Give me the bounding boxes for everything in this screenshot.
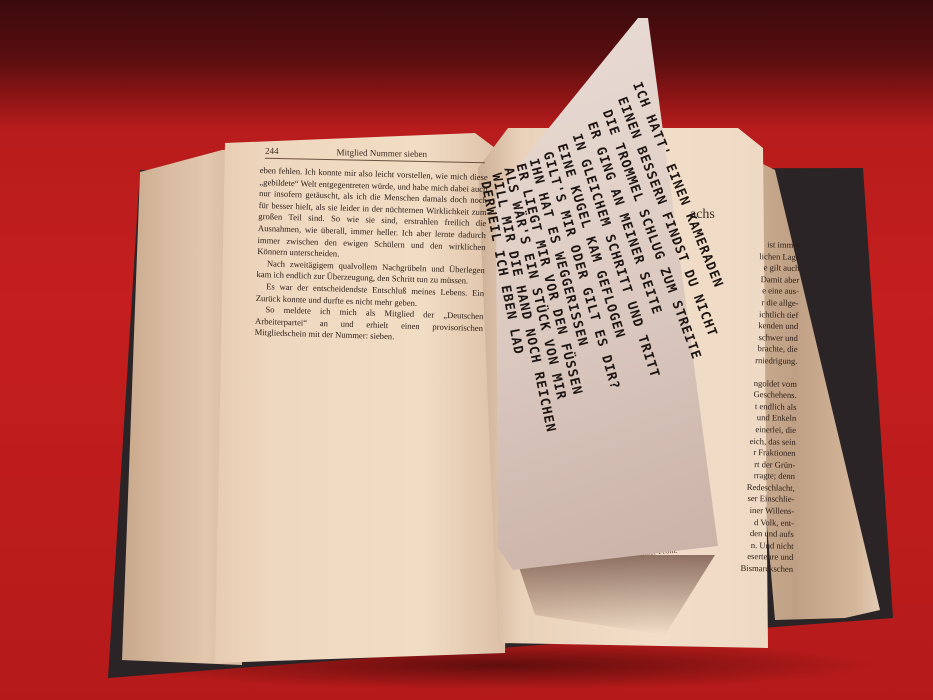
paragraph: eben fehlen. Ich konnte mir also leicht …: [257, 165, 488, 265]
photo-scene: 244 Mitglied Nummer sieben eben fehlen. …: [0, 0, 933, 700]
right-page-heading: achs: [690, 207, 715, 223]
text-line: Bismarckschen: [698, 562, 793, 576]
running-header: Mitglied Nummer sieben: [336, 147, 427, 159]
page-number: 244: [265, 146, 279, 156]
left-page-body: eben fehlen. Ich konnte mir also leicht …: [255, 165, 488, 346]
paragraph: So meldete ich mich als Mitglied der „De…: [255, 304, 484, 346]
